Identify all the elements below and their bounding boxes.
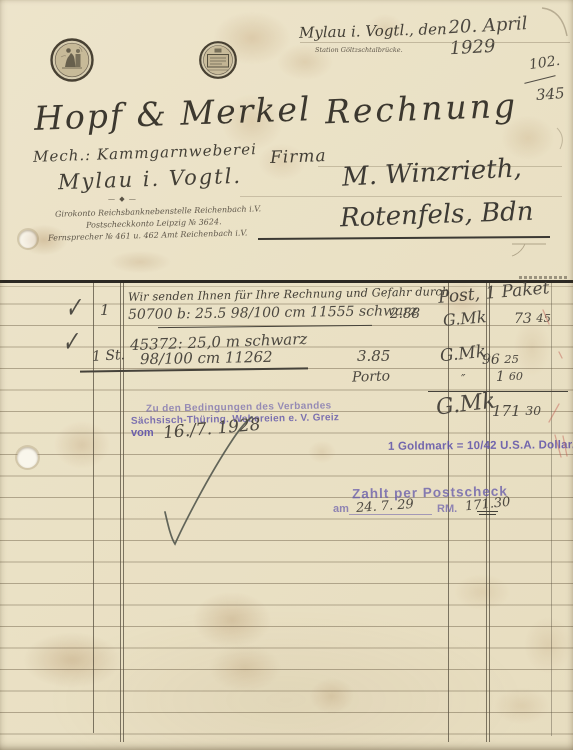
contact-line-phone: Fernsprecher № 461 u. 462 Amt Reichenbac…: [48, 228, 248, 242]
shipping-method: Post, 1 Paket: [437, 278, 550, 308]
file-number-slash: [524, 75, 555, 84]
table-intro: Wir senden Ihnen für Ihre Rechnung und G…: [128, 285, 449, 304]
letterhead-divider: — ◆ —: [108, 195, 137, 203]
payment-amount-underline-1: [477, 511, 498, 512]
row3-qty: 1 St.: [92, 347, 126, 365]
date-baseline: [300, 42, 570, 43]
firma-label: Firma: [270, 146, 327, 168]
row1-currency: G.Mk: [442, 307, 487, 330]
company-name: Hopf & Merkel: [33, 89, 312, 138]
invoice-document: Hopf & Merkel Mech.: Kammgarnweberei Myl…: [0, 0, 573, 750]
row3-currency: G.Mk: [439, 342, 487, 367]
ditto-mark: ″: [461, 372, 465, 386]
file-number-bottom: 345: [535, 84, 565, 104]
row3-desc: 98/100 cm 11262: [140, 348, 273, 368]
company-seal-left: [49, 37, 95, 87]
company-seal-right: [198, 40, 238, 84]
recipient-name: M. Winzrieth,: [341, 153, 522, 192]
contact-line-giro: Girokonto Reichsbanknebenstelle Reichenb…: [55, 204, 261, 218]
row1-price: 2.88: [390, 306, 420, 322]
company-city: Mylau i. Vogtl.: [58, 164, 243, 194]
place-date-printed: Mylau i. Vogtl., den: [299, 20, 447, 42]
row1-underline: [158, 325, 372, 329]
payment-date-line: [349, 514, 432, 515]
row3-amount: 96 25: [482, 352, 519, 368]
company-subtitle: Mech.: Kammgarnweberei: [33, 140, 257, 166]
contact-line-postscheck: Postscheckkonto Leipzig № 3624.: [86, 217, 222, 230]
row4-amount: 1 60: [496, 369, 523, 385]
file-number-top: 102.: [528, 53, 561, 73]
payment-stamp-am: am: [333, 503, 349, 515]
row2-check-icon: ✓: [64, 331, 80, 353]
pencil-checkmark: [155, 405, 265, 555]
porto-label: Porto: [352, 368, 391, 385]
row3-underline: [80, 367, 308, 372]
conditions-stamp-vom: vom: [131, 427, 154, 439]
corner-fold-mark: [508, 238, 553, 260]
punch-hole-top: [19, 230, 37, 248]
document-title: Rechnung: [324, 86, 518, 132]
total-amount: 171 30: [492, 402, 541, 420]
payment-stamp-rm: RM.: [437, 503, 457, 515]
seal-plaque-icon: [198, 40, 238, 80]
recipient-address: Rotenfels, Bdn: [340, 197, 534, 234]
red-pencil-marks: [535, 300, 573, 470]
edge-mark: [553, 126, 573, 152]
total-currency: G.Mk: [435, 388, 497, 420]
row1-desc: 50700 b: 25.5 98/100 cm 11555 schwarz: [128, 303, 418, 323]
row3-price: 3.85: [357, 347, 390, 365]
payment-amount-underline-2: [479, 514, 496, 515]
recipient-underline: [258, 236, 550, 240]
row1-qty: 1: [100, 301, 110, 319]
row1-check-icon: ✓: [67, 297, 83, 319]
seal-medallion-icon: [49, 37, 95, 83]
table-top-rule: [0, 280, 573, 283]
station-note: Station Göltzschtalbrücke.: [315, 46, 403, 54]
punch-hole-bottom: [17, 447, 38, 468]
photo-corner-mark: [540, 2, 573, 46]
